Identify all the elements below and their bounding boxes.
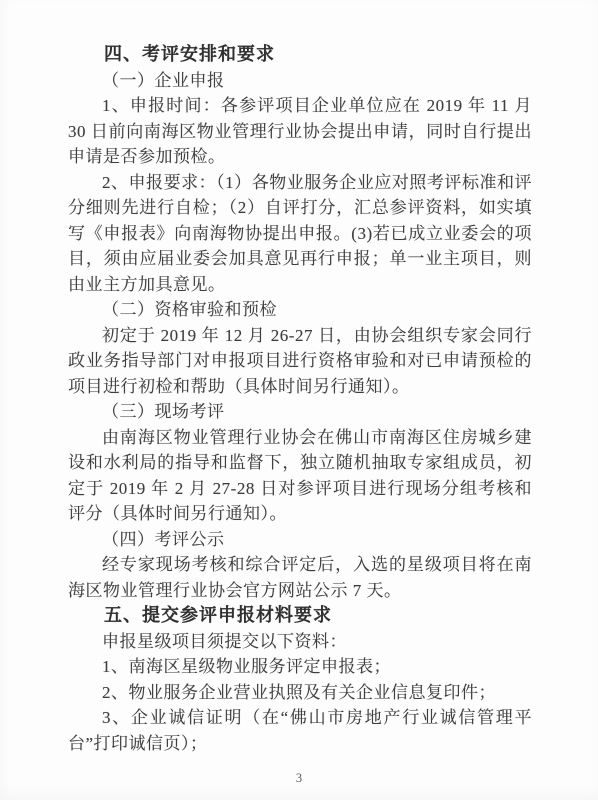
- paragraph-precheck: 初定于 2019 年 12 月 26-27 日，由协会组织专家会同行政业务指导部…: [68, 323, 532, 400]
- subsection-heading-4: （四）考评公示: [68, 527, 532, 553]
- document-page: 四、考评安排和要求 （一）企业申报 1、申报时间：各参评项目企业单位应在 201…: [0, 0, 598, 800]
- paragraph-apply-rules: 2、申报要求：（1）各物业服务企业应对照考评标准和评分细则先进行自检；（2）自评…: [68, 170, 532, 298]
- paragraph-materials-intro: 申报星级项目须提交以下资料：: [68, 629, 532, 655]
- paragraph-onsite-review: 由南海区物业管理行业协会在佛山市南海区住房城乡建设和水利局的指导和监督下，独立随…: [68, 425, 532, 527]
- list-item-material-2: 2、物业服务企业营业执照及有关企业信息复印件；: [68, 680, 532, 706]
- list-item-material-3: 3、企业诚信证明（在“佛山市房地产行业诚信管理平台”打印诚信页）；: [68, 705, 532, 756]
- list-item-material-1: 1、南海区星级物业服务评定申报表；: [68, 654, 532, 680]
- subsection-heading-2: （二）资格审验和预检: [68, 297, 532, 323]
- paragraph-apply-time: 1、申报时间：各参评项目企业单位应在 2019 年 11 月 30 日前向南海区…: [68, 93, 532, 170]
- subsection-heading-1: （一）企业申报: [68, 68, 532, 94]
- page-number: 3: [0, 771, 598, 786]
- subsection-heading-3: （三）现场考评: [68, 399, 532, 425]
- section-heading-five: 五、提交参评申报材料要求: [68, 603, 532, 629]
- paragraph-publicity: 经专家现场考核和综合评定后，入选的星级项目将在南海区物业管理行业协会官方网站公示…: [68, 552, 532, 603]
- section-heading-four: 四、考评安排和要求: [68, 42, 532, 68]
- document-body: 四、考评安排和要求 （一）企业申报 1、申报时间：各参评项目企业单位应在 201…: [68, 42, 532, 756]
